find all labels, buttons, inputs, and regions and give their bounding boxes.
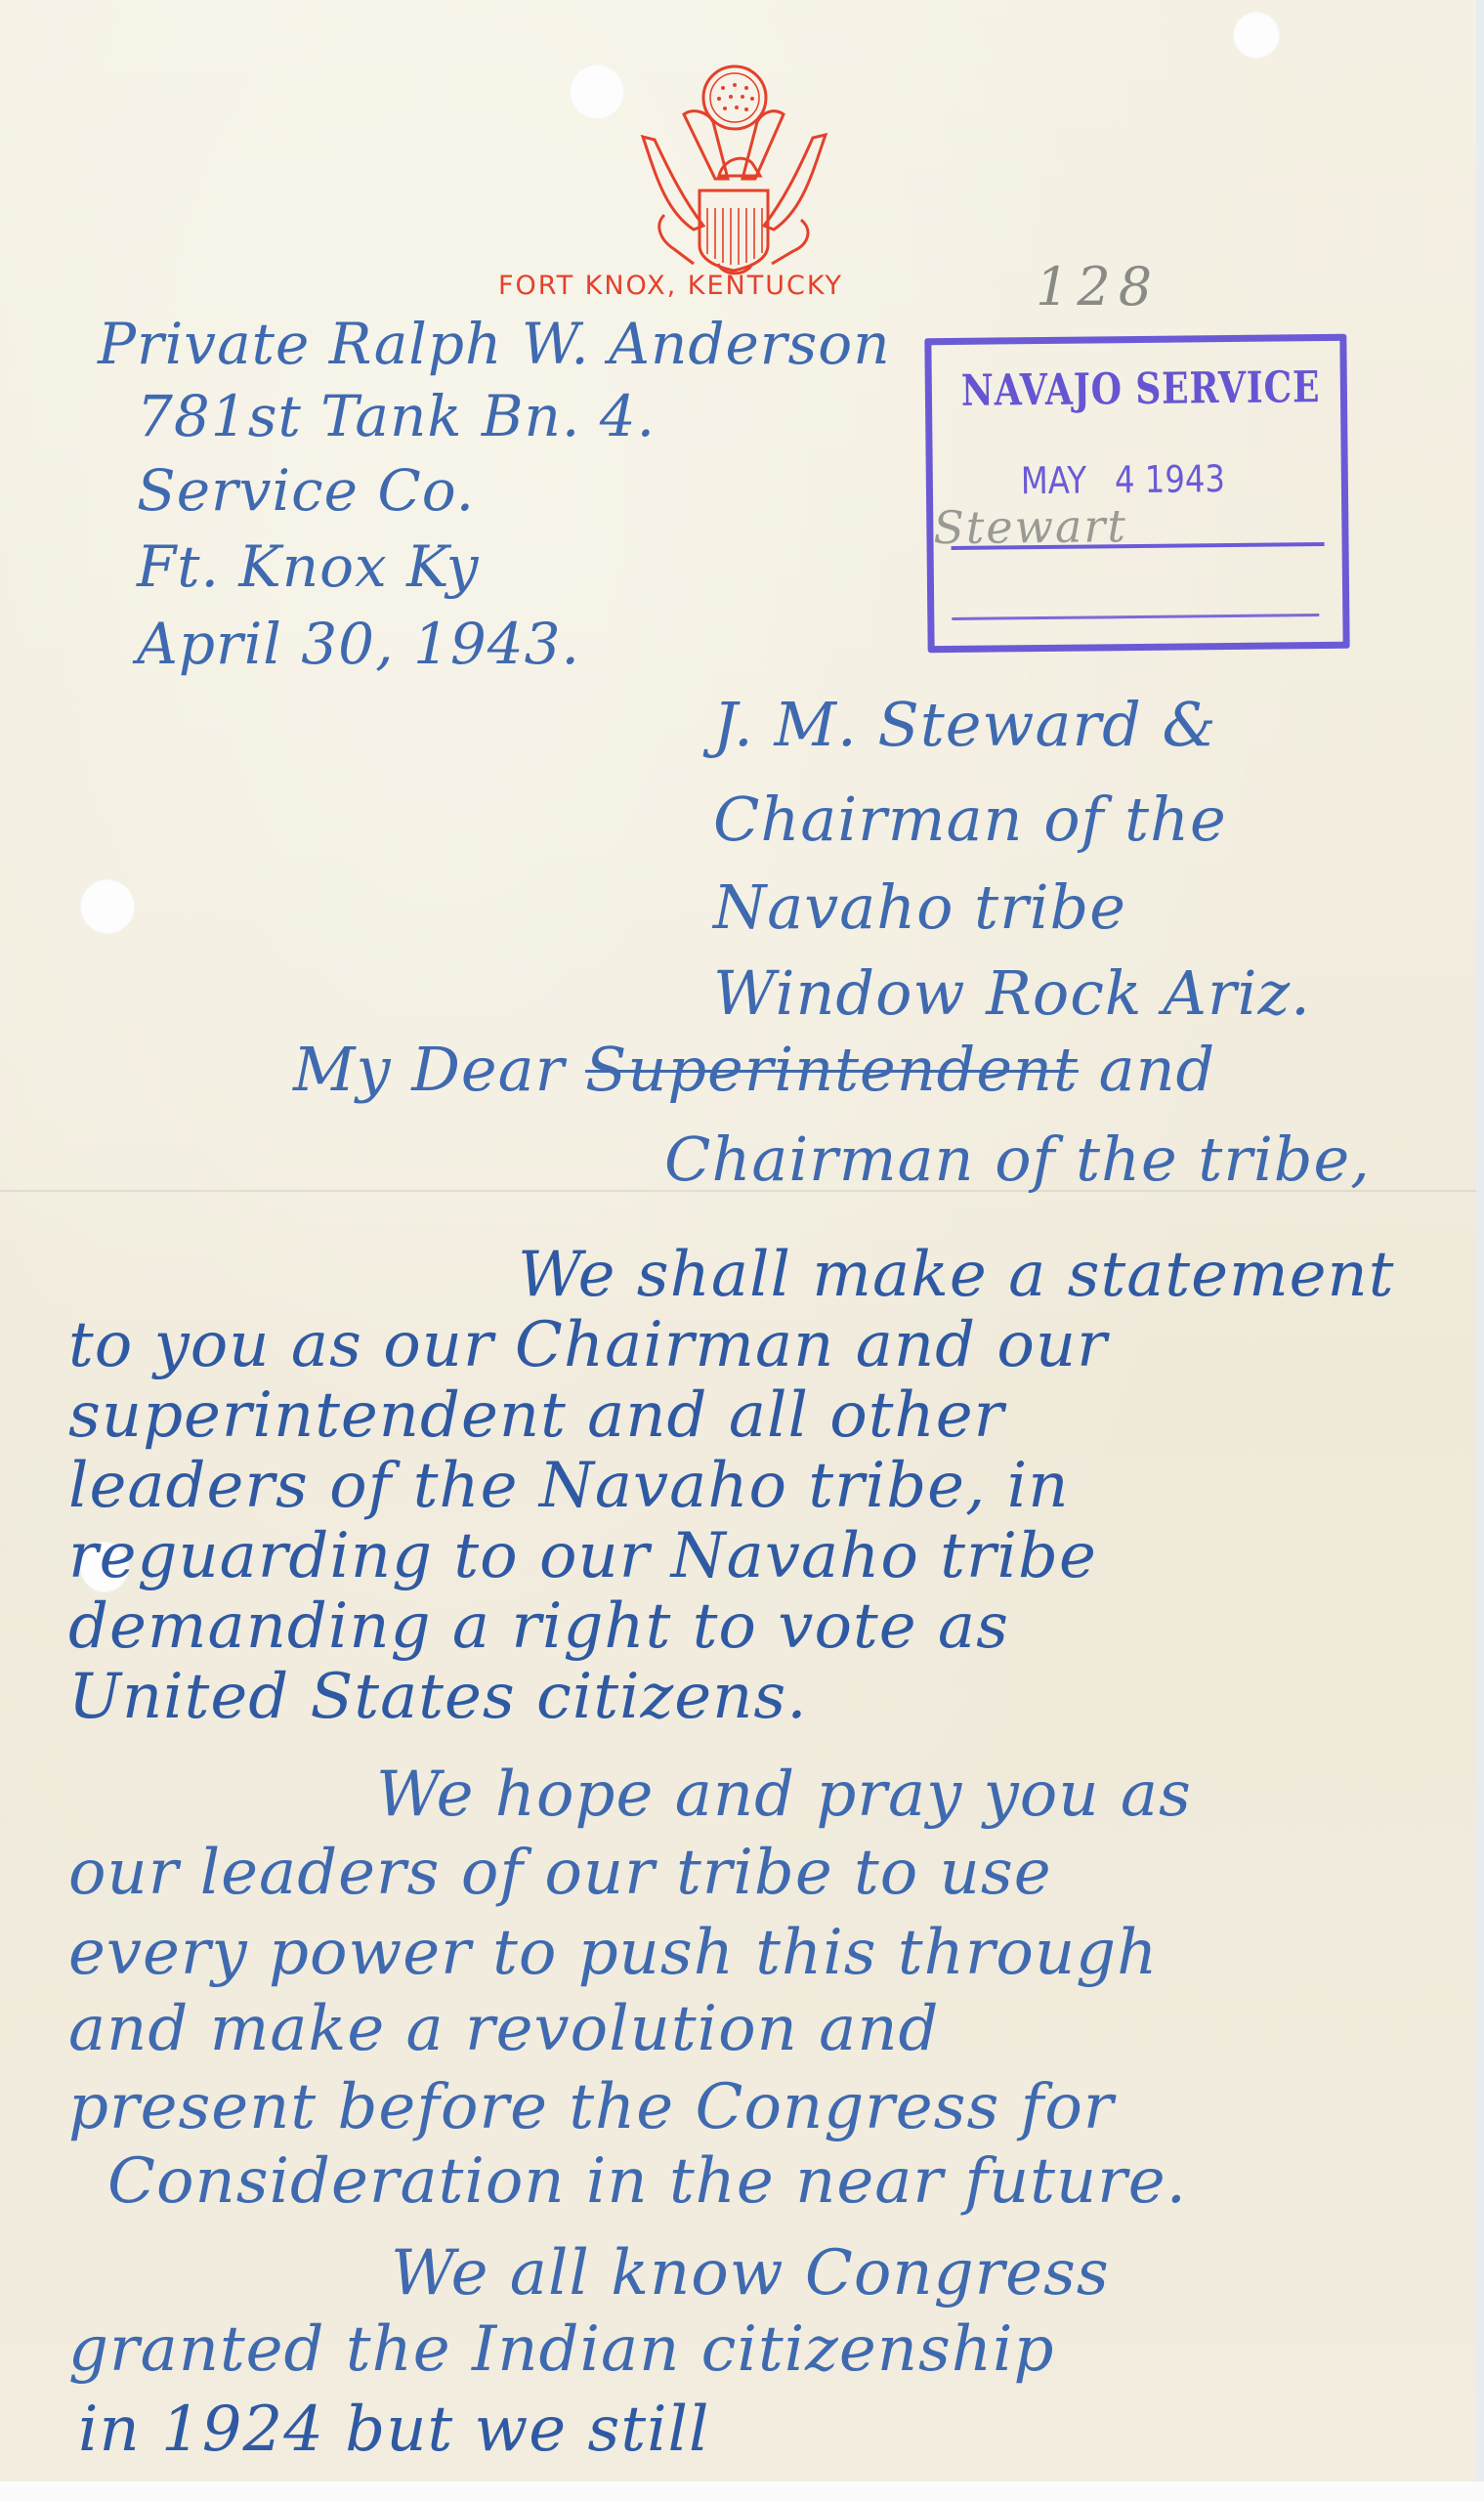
letterhead-location: FORT KNOX, KENTUCKY: [498, 271, 843, 301]
body-line: reguarding to our Navaho tribe: [68, 1520, 1097, 1592]
punch-hole: [80, 879, 135, 934]
body-line: leaders of the Navaho tribe, in: [68, 1450, 1069, 1522]
sender-line: 781st Tank Bn. 4.: [137, 383, 656, 449]
body-line: We hope and pray you as: [376, 1759, 1192, 1831]
sender-line: Private Ralph W. Anderson: [98, 311, 891, 377]
body-line: We shall make a statement: [518, 1239, 1394, 1311]
stamp-date-month: MAY: [1021, 459, 1087, 503]
scan-margin: [0, 2481, 1484, 2501]
received-stamp: NAVAJO SERVICE MAY4 1943 Stewart: [924, 334, 1349, 654]
body-line: in 1924 but we still: [78, 2394, 709, 2466]
body-line: demanding a right to vote as: [68, 1590, 1009, 1663]
body-line: present before the Congress for: [68, 2071, 1114, 2143]
body-line: granted the Indian citizenship: [68, 2313, 1054, 2386]
punch-hole: [1233, 12, 1280, 59]
stamp-date: MAY4 1943: [1021, 457, 1226, 502]
body-line: United States citizens.: [68, 1661, 808, 1733]
body-line: to you as our Chairman and our: [68, 1309, 1108, 1381]
stamp-title: NAVAJO SERVICE: [961, 362, 1321, 416]
body-line: and make a revolution and: [68, 1993, 940, 2065]
salutation-line-1: My Dear Superintendent and: [293, 1034, 1215, 1105]
body-line: We all know Congress: [391, 2237, 1110, 2310]
scan-edge: [1476, 0, 1484, 2481]
stamp-date-day-year: 4 1943: [1115, 457, 1225, 501]
body-line: our leaders of our tribe to use: [68, 1837, 1052, 1909]
eagle-emblem-icon: [625, 54, 840, 278]
salutation-line-2: Chairman of the tribe,: [664, 1123, 1371, 1195]
sender-date: April 30, 1943.: [137, 611, 580, 677]
body-line: every power to push this through: [68, 1917, 1158, 1989]
archive-page-number: 128: [1036, 256, 1160, 318]
stamp-rule: [952, 614, 1319, 620]
recipient-line: J. M. Steward &: [713, 689, 1217, 760]
body-line: superintendent and all other: [68, 1379, 1004, 1452]
sender-line: Service Co.: [137, 457, 475, 524]
sender-line: Ft. Knox Ky: [137, 533, 480, 600]
recipient-line: Chairman of the: [713, 784, 1227, 855]
salutation-prefix: My Dear: [293, 1034, 565, 1105]
recipient-line: Window Rock Ariz.: [713, 957, 1311, 1029]
punch-hole: [570, 64, 624, 119]
recipient-line: Navaho tribe: [713, 871, 1126, 943]
salutation-struck-word: Superintendent: [585, 1034, 1079, 1105]
salutation-suffix: and: [1099, 1034, 1216, 1105]
body-line: Consideration in the near future.: [107, 2145, 1187, 2218]
